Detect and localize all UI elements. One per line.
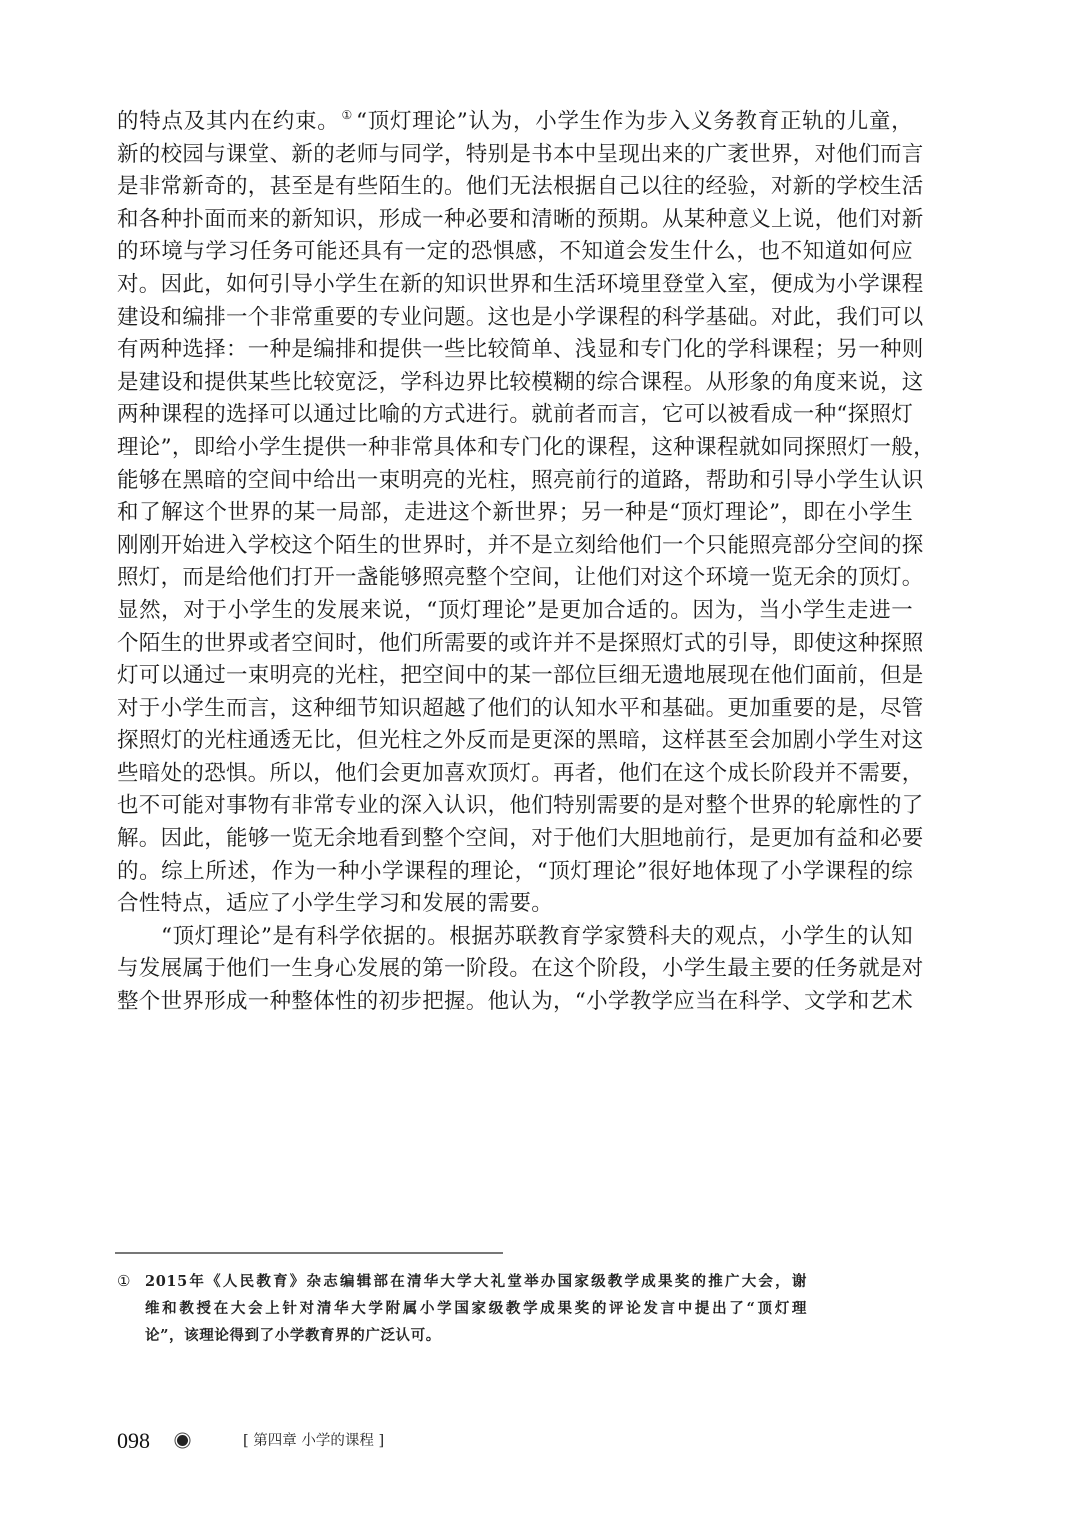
body-line-1: 的特点及其内在约束。①“顶灯理论”认为，小学生作为步入义务教育正轨的儿童， [117,106,913,139]
body-line-10: 两种课程的选择可以通过比喻的方式进行。就前者而言，它可以被看成一种“探照灯 [117,399,913,432]
body-text: 的特点及其内在约束。①“顶灯理论”认为，小学生作为步入义务教育正轨的儿童， 新的… [117,106,913,1019]
body-line-27: 与发展属于他们一生身心发展的第一阶段。在这个阶段，小学生最主要的任务就是对 [117,953,913,986]
body-line-7: 建设和编排一个非常重要的专业问题。这也是小学课程的科学基础。对此，我们可以 [117,302,913,335]
line-text: “顶灯理论”认为，小学生作为步入义务教育正轨的儿童， [356,109,913,134]
bullet-icon [177,1435,188,1446]
body-line-9: 是建设和提供某些比较宽泛，学科边界比较模糊的综合课程。从形象的角度来说，这 [117,367,913,400]
page-footer: 098 [ 第四章 小学的课程 ] [117,1426,717,1456]
footnote-1: ① 2015年《人民教育》杂志编辑部在清华大学大礼堂举办国家级教学成果奖的推广大… [117,1268,807,1349]
body-line-17: 个陌生的世界或者空间时，他们所需要的或许并不是探照灯式的引导，即使这种探照 [117,628,913,661]
footnote-line-1: 2015年《人民教育》杂志编辑部在清华大学大礼堂举办国家级教学成果奖的推广大会，… [145,1268,807,1295]
body-line-23: 解。因此，能够一览无余地看到整个空间，对于他们大胆地前行，是更加有益和必要 [117,823,913,856]
footnote-line-2: 维和教授在大会上针对清华大学附属小学国家级教学成果奖的评论发言中提出了“顶灯理 [145,1295,807,1322]
body-line-12: 能够在黑暗的空间中给出一束明亮的光柱，照亮前行的道路，帮助和引导小学生认识 [117,465,913,498]
footnote-line-3: 论”，该理论得到了小学教育界的广泛认可。 [145,1322,807,1349]
body-line-24: 的。综上所述，作为一种小学课程的理论，“顶灯理论”很好地体现了小学课程的综 [117,856,913,889]
body-line-20: 探照灯的光柱通透无比，但光柱之外反而是更深的黑暗，这样甚至会加剧小学生对这 [117,725,913,758]
body-line-19: 对于小学生而言，这种细节知识超越了他们的认知水平和基础。更加重要的是，尽管 [117,693,913,726]
body-line-21: 些暗处的恐惧。所以，他们会更加喜欢顶灯。再者，他们在这个成长阶段并不需要， [117,758,913,791]
body-line-25: 合性特点，适应了小学生学习和发展的需要。 [117,888,913,921]
body-line-11: 理论”，即给小学生提供一种非常具体和专门化的课程，这种课程就如同探照灯一般， [117,432,913,465]
line-text: 的特点及其内在约束。 [117,109,339,134]
body-line-6: 对。因此，如何引导小学生在新的知识世界和生活环境里登堂入室，便成为小学课程 [117,269,913,302]
footnote-text: 2015年《人民教育》杂志编辑部在清华大学大礼堂举办国家级教学成果奖的推广大会，… [145,1268,807,1349]
body-line-8: 有两种选择：一种是编排和提供一些比较简单、浅显和专门化的学科课程；另一种则 [117,334,913,367]
body-line-18: 灯可以通过一束明亮的光柱，把空间中的某一部位巨细无遗地展现在他们面前，但是 [117,660,913,693]
footnote-divider [115,1252,503,1254]
book-page: 的特点及其内在约束。①“顶灯理论”认为，小学生作为步入义务教育正轨的儿童， 新的… [0,0,1080,1515]
body-line-15: 照灯，而是给他们打开一盏能够照亮整个空间，让他们对这个环境一览无余的顶灯。 [117,562,913,595]
body-line-2: 新的校园与课堂、新的老师与同学，特别是书本中呈现出来的广袤世界，对他们而言 [117,139,913,172]
footnote-marker: ① [117,1268,145,1349]
footnote-reference[interactable]: ① [341,108,353,122]
body-line-22: 也不可能对事物有非常专业的深入认识，他们特别需要的是对整个世界的轮廓性的了 [117,790,913,823]
chapter-label: [ 第四章 小学的课程 ] [243,1426,384,1456]
body-line-3: 是非常新奇的，甚至是有些陌生的。他们无法根据自己以往的经验，对新的学校生活 [117,171,913,204]
body-line-13: 和了解这个世界的某一局部，走进这个新世界；另一种是“顶灯理论”，即在小学生 [117,497,913,530]
footnotes: ① 2015年《人民教育》杂志编辑部在清华大学大礼堂举办国家级教学成果奖的推广大… [117,1268,807,1349]
page-number: 098 [117,1426,150,1456]
body-line-28: 整个世界形成一种整体性的初步把握。他认为，“小学教学应当在科学、文学和艺术 [117,986,913,1019]
body-line-26: “顶灯理论”是有科学依据的。根据苏联教育学家赞科夫的观点，小学生的认知 [117,921,913,954]
body-line-5: 的环境与学习任务可能还具有一定的恐惧感，不知道会发生什么，也不知道如何应 [117,236,913,269]
body-line-4: 和各种扑面而来的新知识，形成一种必要和清晰的预期。从某种意义上说，他们对新 [117,204,913,237]
body-line-14: 刚刚开始进入学校这个陌生的世界时，并不是立刻给他们一个只能照亮部分空间的探 [117,530,913,563]
body-line-16: 显然，对于小学生的发展来说，“顶灯理论”是更加合适的。因为，当小学生走进一 [117,595,913,628]
